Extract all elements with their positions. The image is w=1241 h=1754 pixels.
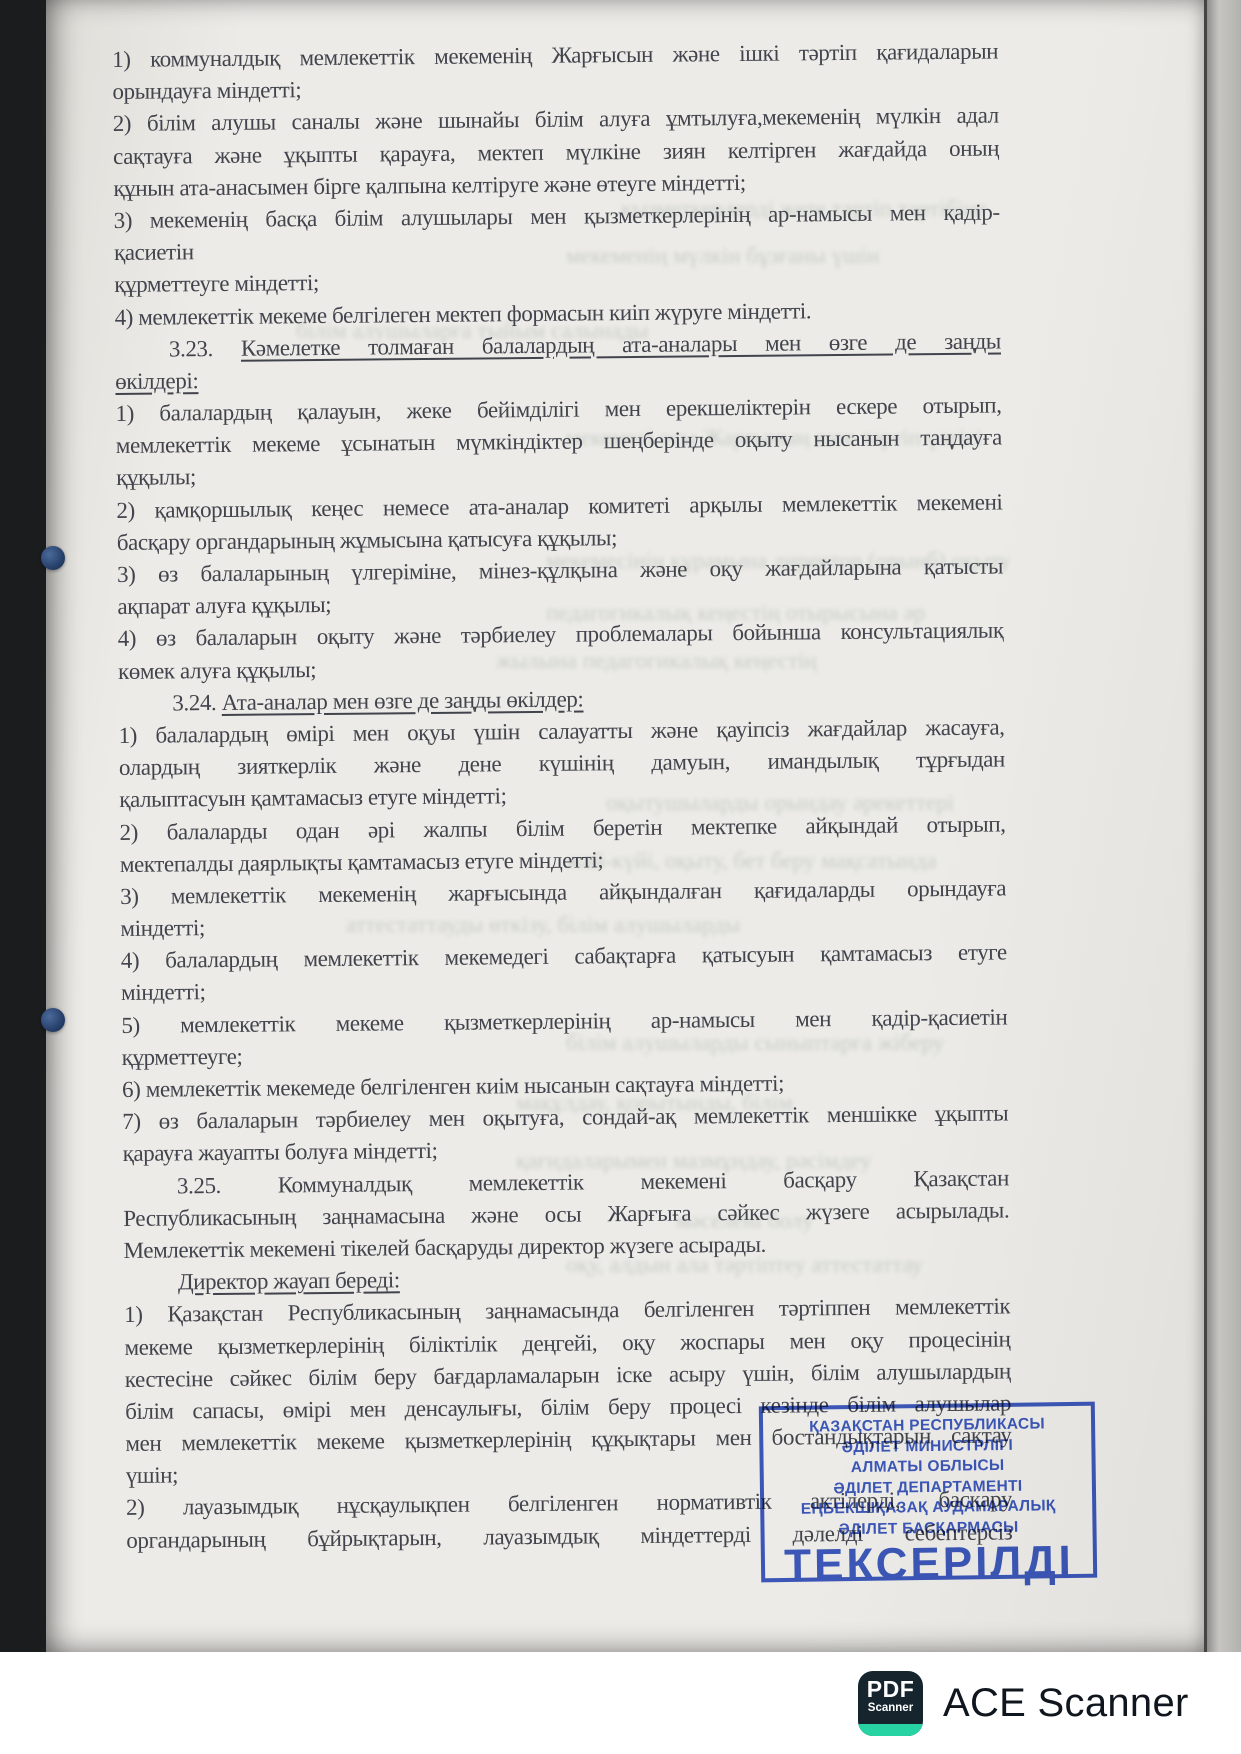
text-segment: үшін;: [126, 1463, 179, 1489]
text-segment: қарауға жауапты болуға міндетті;: [123, 1138, 438, 1166]
logo-pdf-text: PDF: [867, 1677, 915, 1702]
text-segment: 5) мемлекеттік мекеме қызметкерлерінің а…: [121, 1004, 1007, 1038]
underlined-text: Кәмелетке толмаған балалардың ата-аналар…: [241, 328, 1001, 360]
text-segment: 6) мемлекеттік мекемеде белгіленген киім…: [122, 1071, 784, 1102]
text-segment: 4) өз балаларын оқыту және тәрбиелеу про…: [118, 618, 1004, 652]
text-segment: 3) өз балаларының үлгеріміне, мінез-құлқ…: [117, 553, 1003, 587]
brand-name: ACE Scanner: [943, 1681, 1189, 1726]
scanner-watermark: PDF Scanner ACE Scanner: [858, 1670, 1189, 1736]
document-page: қызметкерлерді жете тәртіп тәртібінемеке…: [46, 0, 1204, 1652]
text-segment: 3.24.: [172, 690, 222, 715]
registration-stamp: ҚАЗАҚСТАН РЕСПУБЛИКАСЫӘДІЛЕТ МИНИСТРЛІГІ…: [759, 1402, 1097, 1583]
text-segment: ақпарат алуға құқылы;: [117, 592, 331, 619]
underlined-text: Ата-аналар мен өзге де заңды өкілдер:: [222, 686, 584, 714]
text-segment: міндетті;: [120, 915, 205, 941]
text-segment: құқылы;: [116, 465, 196, 491]
text-segment: 1) балалардың өмірі мен оқуы үшін салауа…: [119, 714, 1005, 748]
text-segment: 3) мемлекеттік мекеменің жарғысында айқы…: [120, 875, 1006, 909]
binder-dot: [41, 1008, 65, 1032]
text-segment: 7) өз балаларын тәрбиелеу мен оқытуға, с…: [122, 1101, 1008, 1135]
text-segment: 3) мекеменің басқа білім алушылары мен қ…: [114, 199, 1000, 233]
text-segment: мемлекеттік мекеме ұсынатын мүмкіндіктер…: [116, 425, 1002, 459]
text-segment: 3.23.: [169, 335, 241, 361]
scanned-photo: қызметкерлерді жете тәртіп тәртібінемеке…: [0, 0, 1241, 1652]
text-segment: мекеме қызметкерлерінің біліктілік деңге…: [124, 1326, 1010, 1360]
text-segment: басқару органдарының жұмысына қатысуға қ…: [117, 525, 617, 555]
text-segment: сақтауға және ұқыпты қарауға, мектеп мүл…: [113, 135, 999, 169]
text-segment: көмек алуға құқылы;: [118, 657, 316, 684]
text-segment: міндетті;: [121, 980, 206, 1006]
binder-dot: [41, 546, 65, 570]
text-segment: 4) балалардың мемлекеттік мекемедегі саб…: [121, 940, 1007, 974]
stamp-verdict: ТЕКСЕРІЛДІ: [765, 1539, 1094, 1590]
text-segment: Мемлекеттік мекемені тікелей басқаруды д…: [123, 1232, 766, 1263]
text-segment: 1) Қазақстан Республикасының заңнамасынд…: [124, 1294, 1010, 1328]
stamp-lines: ҚАЗАҚСТАН РЕСПУБЛИКАСЫӘДІЛЕТ МИНИСТРЛІГІ…: [763, 1414, 1093, 1542]
underlined-text: Директор жауап береді:: [178, 1267, 400, 1294]
text-segment: 4) мемлекеттік мекеме белгілеген мектеп …: [115, 298, 812, 330]
text-segment: орындауға міндетті;: [112, 77, 301, 104]
text-segment: 1) балалардың қалауын, жеке бейімділігі …: [115, 393, 1001, 427]
underlined-text: өкілдері:: [115, 368, 198, 394]
text-segment: 1) коммуналдық мемлекеттік мекеменің Жар…: [112, 38, 998, 72]
text-segment: құрметтеуге;: [122, 1044, 243, 1070]
text-segment: құрметтеуге міндетті;: [114, 270, 319, 297]
text-segment: 2) білім алушы саналы және шынайы білім …: [113, 103, 999, 137]
text-segment: құнын ата-анасымен бірге қалпына келтіру…: [113, 170, 746, 201]
text-segment: қасиетін: [114, 239, 194, 265]
photo-right-edge: [1204, 0, 1241, 1652]
text-segment: олардың зияткерлік және дене күшінің дам…: [119, 747, 1005, 781]
text-segment: кестесіне сәйкес білім беру бағдарламала…: [125, 1358, 1011, 1392]
text-segment: 3.25. Коммуналдық мемлекеттік мекемені б…: [177, 1165, 1009, 1198]
document-text: 1) коммуналдық мемлекеттік мекеменің Жар…: [112, 35, 1012, 1556]
text-segment: 2) балаларды одан әрі жалпы білім береті…: [119, 811, 1005, 845]
logo-accent-bar: [858, 1724, 923, 1736]
text-segment: Республикасының заңнамасына және осы Жар…: [123, 1197, 1009, 1231]
text-segment: қалыптасуын қамтамасыз етуге міндетті;: [119, 784, 506, 813]
text-segment: мектепалды даярлықты қамтамасыз етуге мі…: [120, 847, 604, 877]
pdf-scanner-logo-icon: PDF Scanner: [858, 1671, 923, 1736]
text-segment: 2) қамқоршылық кеңес немесе ата-аналар к…: [116, 489, 1002, 523]
logo-scanner-text: Scanner: [868, 1702, 913, 1715]
